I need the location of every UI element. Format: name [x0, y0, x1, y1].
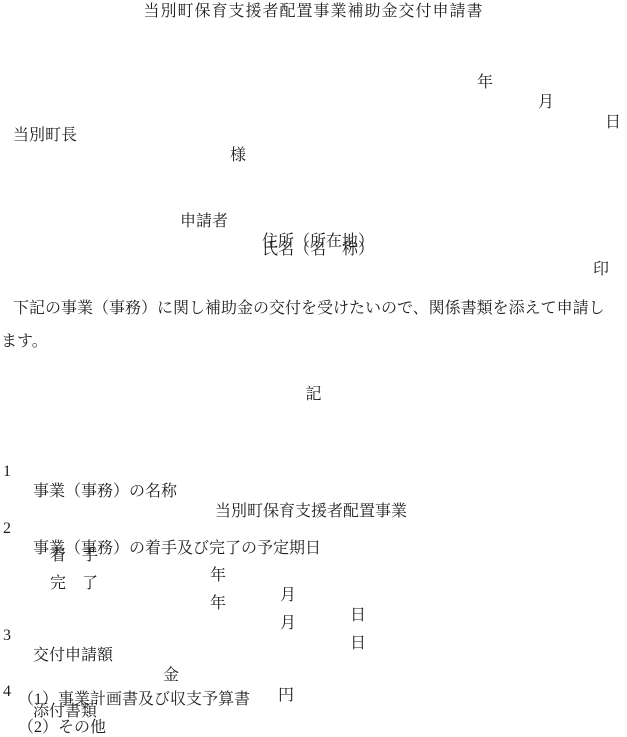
addressee-honorific: 様: [230, 146, 246, 166]
attachment1-line: （1）事業計画書及び収支予算書: [18, 690, 250, 710]
item1-number: 1: [3, 462, 11, 482]
body-paragraph-line1: 下記の事業（事務）に関し補助金の交付を受けたいので、関係書類を添えて申請し: [13, 299, 605, 319]
end-label: 完 了: [50, 574, 98, 594]
item3-number: 3: [3, 626, 11, 646]
applicant-name-label: 氏名（名 称）: [262, 240, 374, 260]
section-marker: 記: [0, 385, 627, 405]
attachment2-line: （2）その他: [18, 718, 106, 737]
page-title: 当別町保育支援者配置事業補助金交付申請書: [0, 2, 627, 22]
date-year-label: 年: [477, 73, 493, 93]
body-paragraph-line2: ます。: [1, 332, 48, 352]
application-form-document: 当別町保育支援者配置事業補助金交付申請書 年 月 日 当別町長 様 申請者 住所…: [0, 0, 627, 737]
seal-mark: 印: [593, 260, 609, 280]
addressee-line: 当別町長 様: [0, 106, 627, 186]
item4-number: 4: [3, 682, 11, 702]
addressee-name: 当別町長: [13, 126, 77, 146]
applicant-name-line: 氏名（名 称） 印: [0, 220, 627, 300]
